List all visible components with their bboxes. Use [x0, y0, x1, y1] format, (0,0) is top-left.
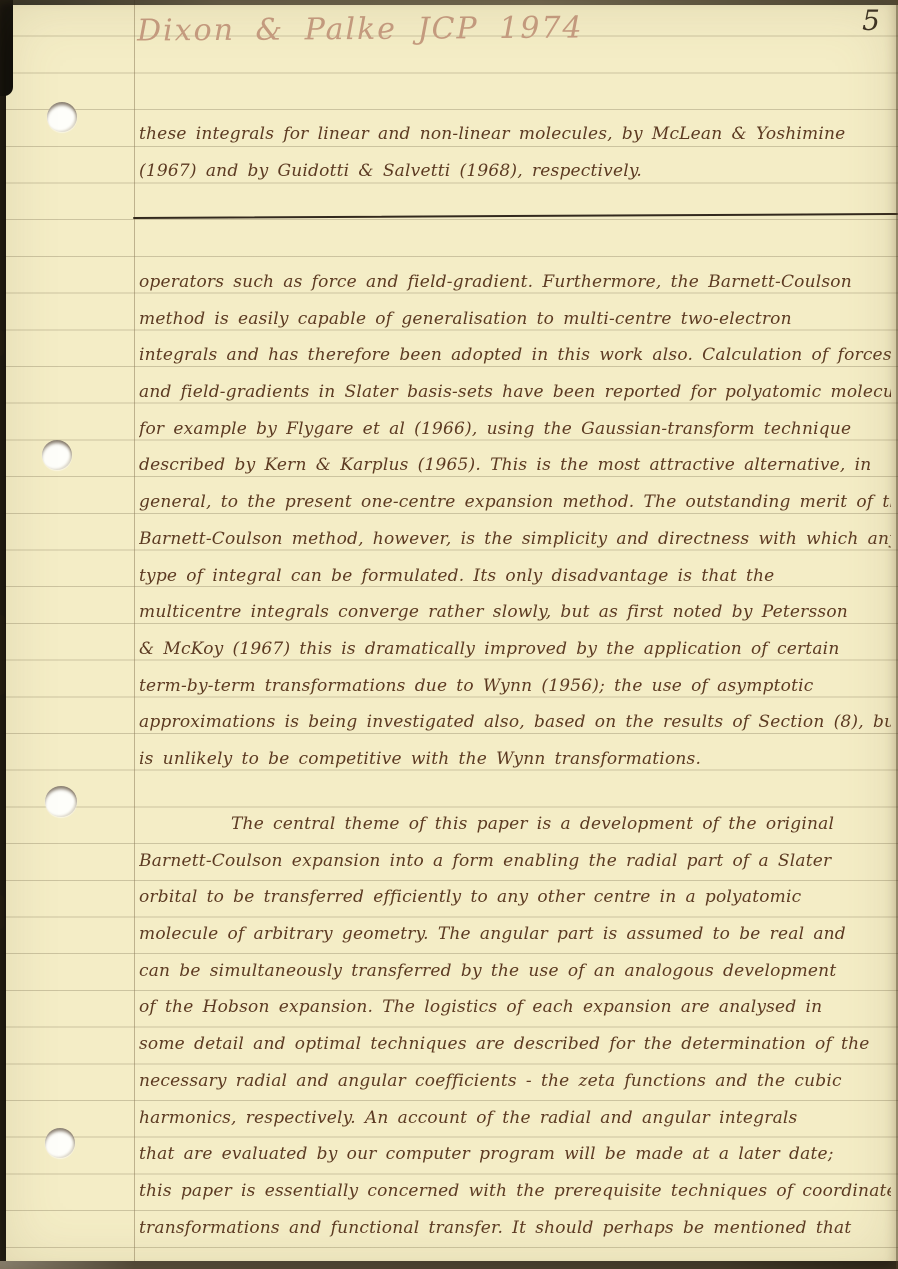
- page-number: 5: [862, 4, 880, 37]
- handwritten-line: is unlikely to be competitive with the W…: [139, 741, 891, 778]
- handwritten-line: can be simultaneously transferred by the…: [139, 953, 891, 990]
- scan-smudge: [0, 615, 5, 695]
- margin-line: [134, 0, 135, 1269]
- handwritten-line: operators such as force and field-gradie…: [139, 264, 891, 301]
- paragraph-3: The central theme of this paper is a dev…: [139, 806, 891, 1246]
- handwritten-line: integrals and has therefore been adopted…: [139, 337, 891, 374]
- handwritten-line: The central theme of this paper is a dev…: [139, 806, 891, 843]
- scan-edge-top: [0, 0, 898, 5]
- handwritten-line: for example by Flygare et al (1966), usi…: [139, 411, 891, 448]
- punch-hole: [45, 786, 77, 817]
- paragraph-1: these integrals for linear and non-linea…: [139, 116, 891, 189]
- handwritten-line: transformations and functional transfer.…: [139, 1210, 891, 1247]
- header-annotation: Dixon & Palke JCP 1974: [137, 10, 584, 48]
- handwritten-line: described by Kern & Karplus (1965). This…: [139, 447, 891, 484]
- scan-edge-corner: [0, 0, 13, 96]
- handwritten-line: necessary radial and angular coefficient…: [139, 1063, 891, 1100]
- handwritten-line: and field-gradients in Slater basis-sets…: [139, 374, 891, 411]
- handwritten-line: Barnett-Coulson expansion into a form en…: [139, 843, 891, 880]
- scanned-notebook-page: Dixon & Palke JCP 1974 5 these integrals…: [0, 0, 898, 1269]
- handwritten-line: that are evaluated by our computer progr…: [139, 1136, 891, 1173]
- paragraph-2: operators such as force and field-gradie…: [139, 264, 891, 778]
- punch-hole: [42, 440, 72, 470]
- handwritten-line: orbital to be transferred efficiently to…: [139, 879, 891, 916]
- scan-smudge: [0, 330, 4, 356]
- handwritten-line: this paper is essentially concerned with…: [139, 1173, 891, 1210]
- scan-edge-bottom: [0, 1261, 898, 1269]
- handwritten-line: & McKoy (1967) this is dramatically impr…: [139, 631, 891, 668]
- scan-smudge: [0, 895, 4, 929]
- handwritten-line: (1967) and by Guidotti & Salvetti (1968)…: [139, 153, 891, 190]
- punch-hole: [47, 102, 77, 132]
- handwritten-line: general, to the present one-centre expan…: [139, 484, 891, 521]
- punch-hole: [45, 1128, 75, 1158]
- handwritten-line: approximations is being investigated als…: [139, 704, 891, 741]
- handwritten-line: type of integral can be formulated. Its …: [139, 558, 891, 595]
- handwritten-line: Barnett-Coulson method, however, is the …: [139, 521, 891, 558]
- handwritten-line: of the Hobson expansion. The logistics o…: [139, 989, 891, 1026]
- handwritten-line: method is easily capable of generalisati…: [139, 301, 891, 338]
- handwritten-line: term-by-term transformations due to Wynn…: [139, 668, 891, 705]
- handwritten-line: harmonics, respectively. An account of t…: [139, 1100, 891, 1137]
- handwritten-line: these integrals for linear and non-linea…: [139, 116, 891, 153]
- handwritten-line: molecule of arbitrary geometry. The angu…: [139, 916, 891, 953]
- handwritten-line: multicentre integrals converge rather sl…: [139, 594, 891, 631]
- handwritten-line: some detail and optimal techniques are d…: [139, 1026, 891, 1063]
